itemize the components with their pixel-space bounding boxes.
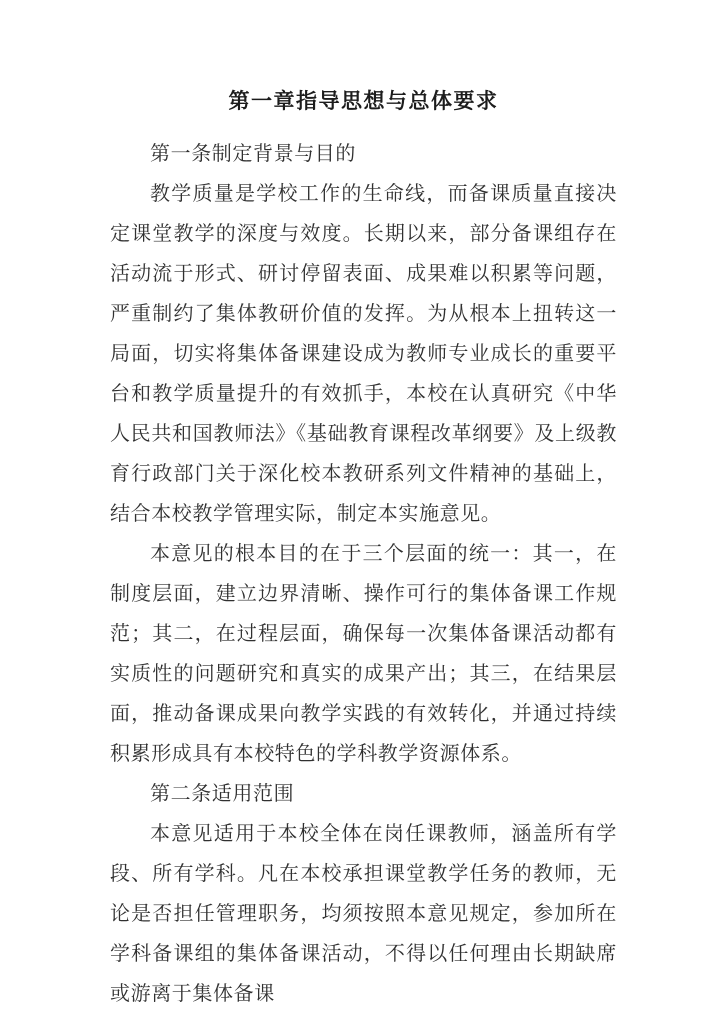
body-paragraph-1: 教学质量是学校工作的生命线，而备课质量直接决定课堂教学的深度与效度。长期以来，部…	[110, 174, 617, 534]
chapter-title: 第一章指导思想与总体要求	[110, 86, 617, 116]
clause-heading-2: 第二条适用范围	[110, 774, 617, 814]
clause-heading-1: 第一条制定背景与目的	[110, 134, 617, 174]
body-paragraph-2: 本意见的根本目的在于三个层面的统一：其一，在制度层面，建立边界清晰、操作可行的集…	[110, 534, 617, 774]
document-page: 第一章指导思想与总体要求 第一条制定背景与目的 教学质量是学校工作的生命线，而备…	[0, 0, 724, 1024]
body-paragraph-3: 本意见适用于本校全体在岗任课教师，涵盖所有学段、所有学科。凡在本校承担课堂教学任…	[110, 814, 617, 1014]
